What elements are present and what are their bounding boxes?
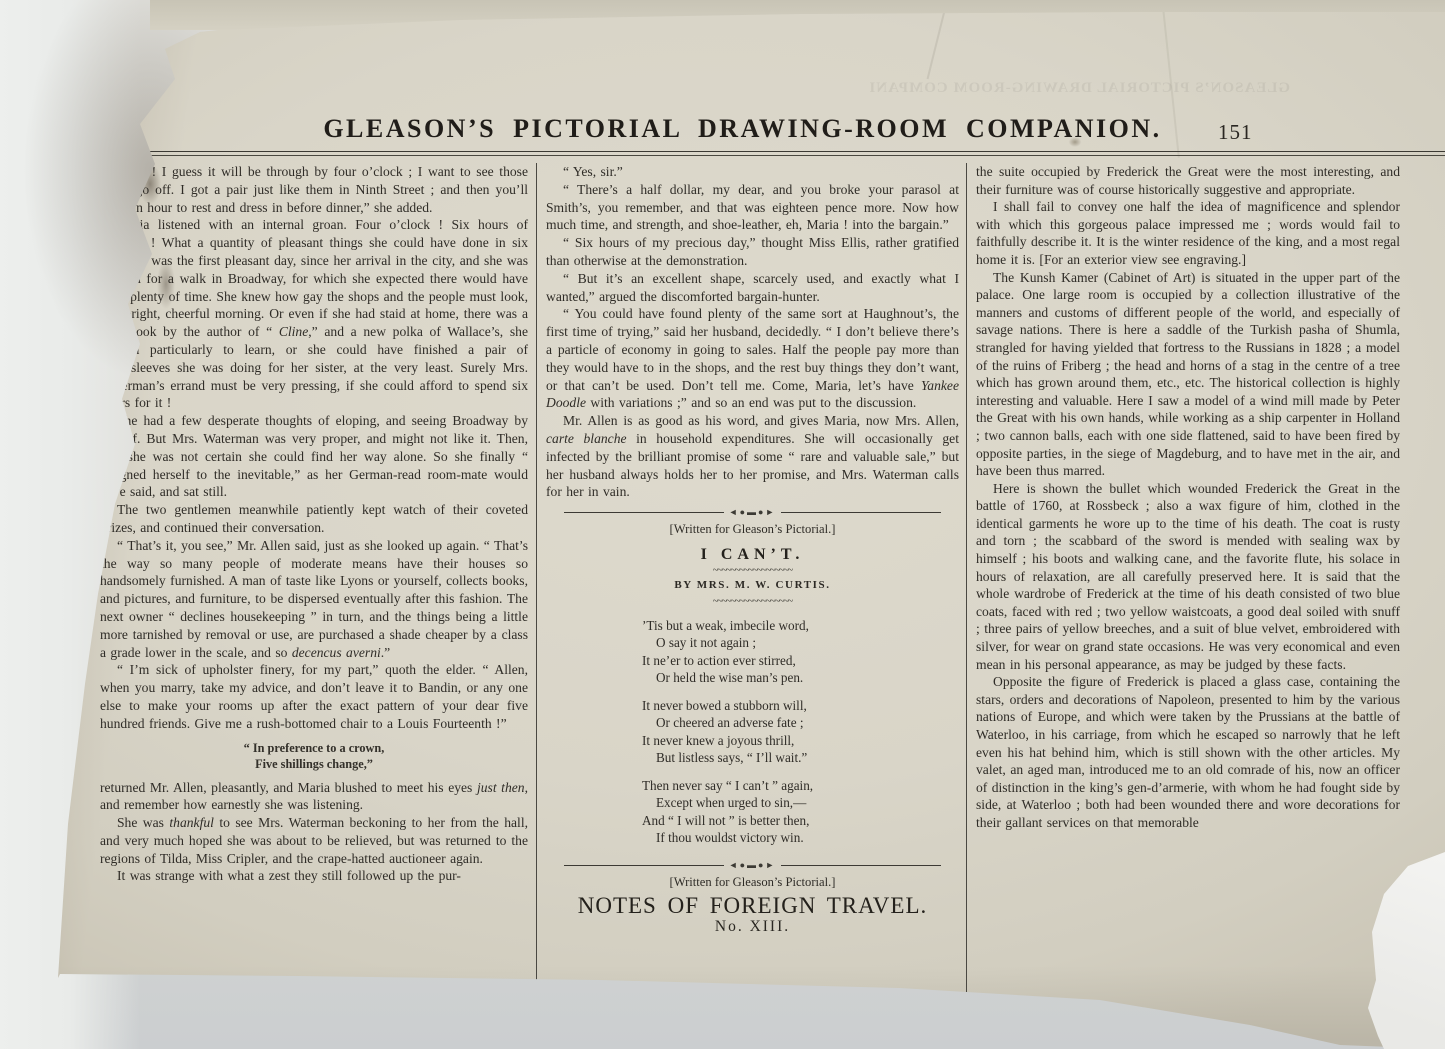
story-paragraph: The Kunsh Kamer (Cabinet of Art) is situ…	[976, 269, 1400, 480]
poem-stanza: It never bowed a stubborn will, Or cheer…	[642, 697, 959, 767]
story-paragraph: “ Six hours of my precious day,” thought…	[546, 234, 959, 270]
divider-ornament-icon: ◄●▬●►	[724, 508, 782, 517]
poem-stanza: Then never say “ I can’t ” again, Except…	[642, 777, 959, 847]
story-paragraph: “ There’s a half dollar, my dear, and yo…	[546, 181, 959, 234]
poem-line: ’Tis but a weak, imbecile word,	[642, 617, 959, 635]
series-number: No. XIII.	[546, 918, 959, 936]
credit-line: [Written for Gleason’s Pictorial.]	[546, 521, 959, 539]
section-divider: ◄●▬●►	[564, 861, 941, 870]
story-paragraph: Maria listened with an internal groan. F…	[100, 216, 528, 412]
story-paragraph: “ Yes, sir.”	[546, 163, 959, 181]
poem-line: Except when urged to sin,—	[642, 794, 959, 812]
column-rule	[536, 163, 537, 1043]
poem-line: If thou wouldst victory win.	[642, 829, 959, 847]
newspaper-page: GLEASON’S PICTORIAL DRAWING-ROOM COMPANI…	[40, 4, 1445, 1049]
story-paragraph: Opposite the figure of Frederick is plac…	[976, 673, 1400, 831]
story-paragraph: returned Mr. Allen, pleasantly, and Mari…	[100, 779, 528, 815]
divider-ornament-icon: ◄●▬●►	[724, 861, 782, 870]
poem-stanza: ’Tis but a weak, imbecile word, O say it…	[642, 617, 959, 687]
page-number: 151	[1218, 120, 1253, 145]
verse-line: Five shillings change,”	[100, 756, 528, 772]
verse-line: “ In preference to a crown,	[100, 740, 528, 756]
story-paragraph: the suite occupied by Frederick the Grea…	[976, 163, 1400, 198]
poem-line: It never bowed a stubborn will,	[642, 697, 959, 715]
poem-line: Or held the wise man’s pen.	[642, 669, 959, 687]
story-paragraph: “ But it’s an excellent shape, scarcely …	[546, 270, 959, 306]
story-paragraph: She was thankful to see Mrs. Waterman be…	[100, 814, 528, 867]
story-paragraph: She had a few desperate thoughts of elop…	[100, 412, 528, 501]
squiggle-rule: ~~~~~~~~~~~~~~~~~~	[546, 565, 959, 576]
story-paragraph: “ I’m sick of upholster finery, for my p…	[100, 661, 528, 732]
story-column-2: “ Yes, sir.” “ There’s a half dollar, my…	[546, 163, 959, 936]
poem-byline: BY MRS. M. W. CURTIS.	[546, 577, 959, 595]
poem-line: And “ I will not ” is better then,	[642, 812, 959, 830]
story-paragraph: “ You could have found plenty of the sam…	[546, 305, 959, 412]
photo-backdrop: GLEASON’S PICTORIAL DRAWING-ROOM COMPANI…	[0, 0, 1445, 1049]
poem-line: Then never say “ I can’t ” again,	[642, 777, 959, 795]
poem-line: Or cheered an adverse fate ;	[642, 714, 959, 732]
column-rule	[966, 163, 967, 1043]
poem-line: O say it not again ;	[642, 634, 959, 652]
story-paragraph: Tired ! I guess it will be through by fo…	[100, 163, 528, 216]
credit-line: [Written for Gleason’s Pictorial.]	[546, 874, 959, 892]
inline-verse: “ In preference to a crown, Five shillin…	[100, 740, 528, 772]
series-title: NOTES OF FOREIGN TRAVEL.	[546, 897, 959, 915]
section-divider: ◄●▬●►	[564, 508, 941, 517]
poem-line: It never knew a joyous thrill,	[642, 732, 959, 750]
story-column-1: Tired ! I guess it will be through by fo…	[100, 163, 528, 885]
story-paragraph: I shall fail to convey one half the idea…	[976, 198, 1400, 268]
story-paragraph: Here is shown the bullet which wounded F…	[976, 480, 1400, 674]
story-column-3: the suite occupied by Frederick the Grea…	[976, 163, 1400, 832]
masthead-rule	[95, 151, 1445, 156]
poem-line: It ne’er to action ever stirred,	[642, 652, 959, 670]
story-paragraph: Mr. Allen is as good as his word, and gi…	[546, 412, 959, 501]
story-paragraph: The two gentlemen meanwhile patiently ke…	[100, 501, 528, 537]
crease-mark	[927, 11, 946, 79]
story-paragraph: “ That’s it, you see,” Mr. Allen said, j…	[100, 537, 528, 662]
poem-line: But listless says, “ I’ll wait.”	[642, 749, 959, 767]
story-paragraph: It was strange with what a zest they sti…	[100, 867, 528, 885]
poem-title: I CAN’T.	[546, 546, 959, 564]
squiggle-rule: ~~~~~~~~~~~~~~~~~~	[546, 596, 959, 607]
bleed-through-text: GLEASON’S PICTORIAL DRAWING-ROOM COMPANI…	[870, 80, 1290, 97]
